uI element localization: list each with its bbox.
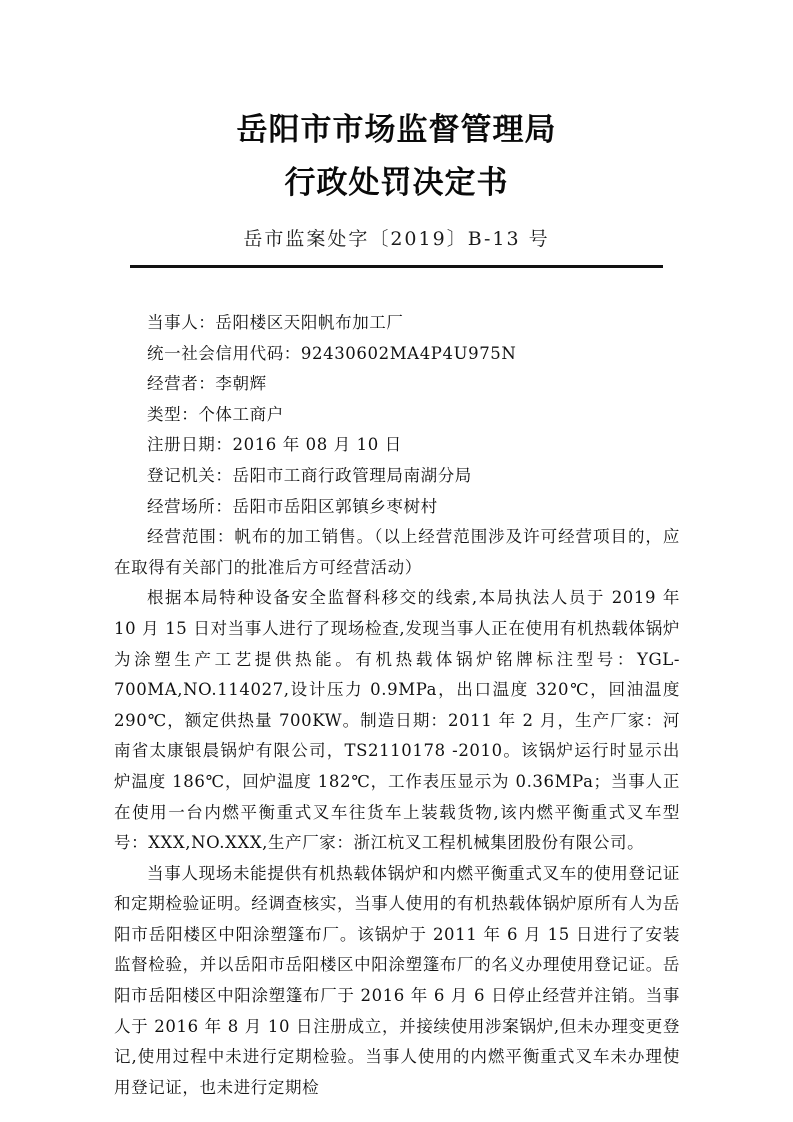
document-type-title: 行政处罚决定书	[0, 157, 793, 202]
field-label: 经营范围：	[147, 527, 234, 546]
case-facts-paragraph: 根据本局特种设备安全监督科移交的线索,本局执法人员于 2019 年 10 月 1…	[114, 583, 680, 858]
registration-authority-field: 登记机关：岳阳市工商行政管理局南湖分局	[114, 461, 680, 492]
field-label: 经营场所：	[147, 497, 233, 516]
credit-code-field: 统一社会信用代码：92430602MA4P4U975N	[114, 339, 680, 370]
field-value: 2016 年 08 月 10 日	[233, 435, 402, 454]
page-number: 1	[664, 1043, 670, 1058]
registration-date-field: 注册日期：2016 年 08 月 10 日	[114, 430, 680, 461]
business-premises-field: 经营场所：岳阳市岳阳区郭镇乡枣树村	[114, 492, 680, 523]
issuing-authority-title: 岳阳市市场监督管理局	[0, 104, 793, 149]
field-value: 李朝辉	[215, 374, 266, 393]
field-value: 92430602MA4P4U975N	[301, 344, 517, 363]
party-name-field: 当事人：岳阳楼区天阳帆布加工厂	[114, 308, 680, 339]
field-label: 类型：	[147, 405, 198, 424]
field-label: 统一社会信用代码：	[147, 344, 301, 363]
operator-field: 经营者：李朝辉	[114, 369, 680, 400]
document-page: 岳阳市市场监督管理局 行政处罚决定书 岳市监案处字〔2019〕B-13 号 当事…	[0, 0, 793, 1122]
document-number: 岳市监案处字〔2019〕B-13 号	[0, 224, 793, 251]
field-value: 岳阳市工商行政管理局南湖分局	[233, 466, 472, 485]
entity-type-field: 类型：个体工商户	[114, 400, 680, 431]
field-label: 经营者：	[147, 374, 215, 393]
header-divider	[130, 265, 663, 268]
field-label: 注册日期：	[147, 435, 233, 454]
field-value: 岳阳楼区天阳帆布加工厂	[215, 313, 403, 332]
field-label: 当事人：	[147, 313, 215, 332]
field-value: 岳阳市岳阳区郭镇乡枣树村	[233, 497, 438, 516]
field-value: 个体工商户	[198, 405, 284, 424]
investigation-paragraph: 当事人现场未能提供有机热载体锅炉和内燃平衡重式叉车的使用登记证和定期检验证明。经…	[114, 859, 680, 1104]
field-label: 登记机关：	[147, 466, 233, 485]
document-body: 当事人：岳阳楼区天阳帆布加工厂 统一社会信用代码：92430602MA4P4U9…	[114, 308, 680, 1103]
business-scope-field: 经营范围：帆布的加工销售。（以上经营范围涉及许可经营项目的，应在取得有关部门的批…	[114, 522, 680, 583]
